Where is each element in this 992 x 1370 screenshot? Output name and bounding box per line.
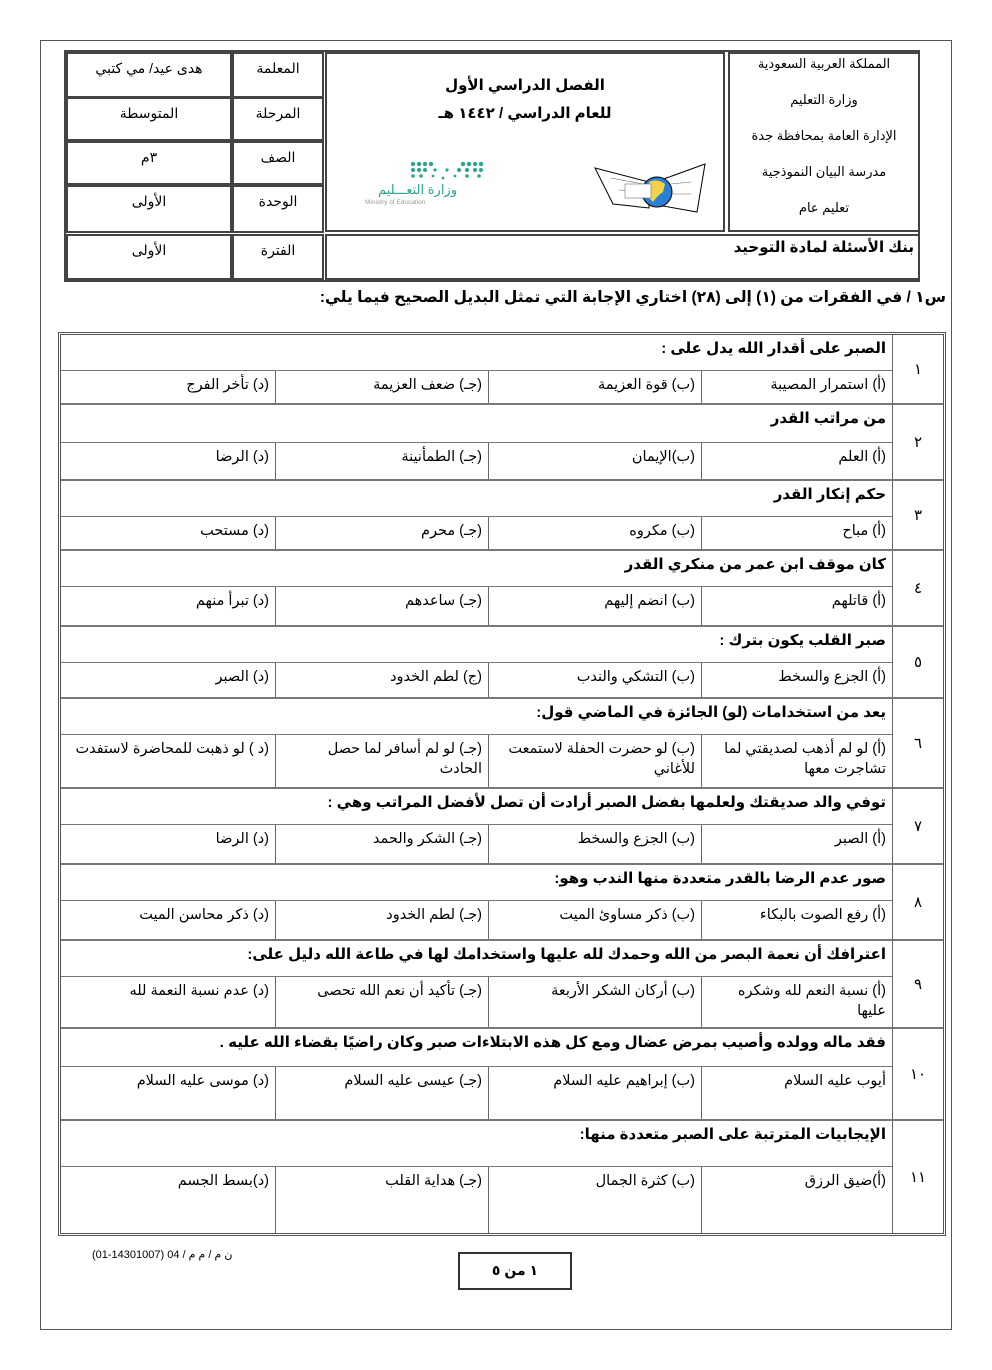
question-row: ٩ اعترافك أن نعمة البصر من الله وحمدك لل… — [61, 941, 943, 1029]
option-d[interactable]: (د) الرضا — [61, 825, 275, 863]
question-number: ٦ — [892, 699, 943, 787]
directorate-name: الإدارة العامة بمحافظة جدة — [730, 126, 918, 162]
stage-value: المتوسطة — [66, 97, 232, 141]
school-globe-logo-icon — [591, 160, 709, 216]
option-c[interactable]: (جـ) محرم — [275, 517, 488, 549]
option-d[interactable]: (د) الرضا — [61, 443, 275, 479]
question-number: ٣ — [892, 481, 943, 549]
option-a[interactable]: (أ) مباح — [701, 517, 892, 549]
option-d[interactable]: (د) مستحب — [61, 517, 275, 549]
question-text: الصبر على أقدار الله يدل على : — [61, 335, 892, 371]
option-c[interactable]: (جـ) ساعدهم — [275, 587, 488, 625]
option-d[interactable]: (د) تأخر الفرج — [61, 371, 275, 403]
option-b[interactable]: (ب) مكروه — [488, 517, 701, 549]
ministry-arabic: وزارة التعـــليم — [363, 182, 457, 198]
option-b[interactable]: (ب) التشكي والندب — [488, 663, 701, 697]
question-number: ٥ — [892, 627, 943, 697]
option-a[interactable]: (أ) لو لم أذهب لصديقتي لما تشاجرت معها — [701, 735, 892, 787]
option-d[interactable]: (د) تبرأ منهم — [61, 587, 275, 625]
grade-value: ٣م — [66, 141, 232, 185]
option-c[interactable]: (جـ) الطمأنينة — [275, 443, 488, 479]
option-d[interactable]: (د ) لو ذهبت للمحاضرة لاستفدت — [61, 735, 275, 787]
option-c[interactable]: (ج) لطم الخدود — [275, 663, 488, 697]
header-center: الفصل الدراسي الأول للعام الدراسي / ١٤٤٢… — [325, 52, 725, 232]
option-a[interactable]: (أ) الجزع والسخط — [701, 663, 892, 697]
question-number: ٢ — [892, 405, 943, 479]
question-row: ٥ صبر القلب يكون بترك : (أ) الجزع والسخط… — [61, 627, 943, 699]
question-row: ٢ من مراتب القدر (أ) العلم (ب)الإيمان (ج… — [61, 405, 943, 481]
option-b[interactable]: (ب) أركان الشكر الأربعة — [488, 977, 701, 1027]
teacher-value: هدى عيد/ مي كتبي — [66, 52, 232, 98]
question-number: ١١ — [892, 1121, 943, 1233]
question-text: صور عدم الرضا بالقدر متعددة منها الندب و… — [61, 865, 892, 901]
option-a[interactable]: (أ) استمرار المصيبة — [701, 371, 892, 403]
ministry-logo: وزارة التعـــليم Ministry of Education — [363, 160, 493, 216]
question-text: فقد ماله وولده وأصيب بمرض عضال ومع كل هذ… — [61, 1029, 892, 1067]
question-number: ١٠ — [892, 1029, 943, 1119]
option-a[interactable]: أيوب عليه السلام — [701, 1067, 892, 1119]
stage-label: المرحلة — [232, 97, 324, 141]
page-number: ١ من ٥ — [458, 1252, 572, 1290]
country-name: المملكة العربية السعودية — [730, 54, 918, 90]
option-c[interactable]: (جـ) ضعف العزيمة — [275, 371, 488, 403]
question-row: ٨ صور عدم الرضا بالقدر متعددة منها الندب… — [61, 865, 943, 941]
question-row: ١ الصبر على أقدار الله يدل على : (أ) است… — [61, 335, 943, 405]
option-c[interactable]: (جـ) لو لم أسافر لما حصل الحادث — [275, 735, 488, 787]
option-b[interactable]: (ب) قوة العزيمة — [488, 371, 701, 403]
ministry-dots-icon — [363, 160, 493, 182]
ministry-english: Ministry of Education — [365, 199, 425, 206]
question-number: ٨ — [892, 865, 943, 939]
form-code: (01-14301007) 04 / ن م / م م — [92, 1248, 232, 1261]
question-number: ٧ — [892, 789, 943, 863]
option-a[interactable]: (أ)ضيق الرزق — [701, 1167, 892, 1233]
ministry-name: وزارة التعليم — [730, 90, 918, 126]
question-text: صبر القلب يكون بترك : — [61, 627, 892, 663]
questions-table: ١ الصبر على أقدار الله يدل على : (أ) است… — [58, 332, 946, 1236]
period-label: الفترة — [232, 234, 324, 280]
option-d[interactable]: (د) موسى عليه السلام — [61, 1067, 275, 1119]
option-c[interactable]: (جـ) تأكيد أن نعم الله تحصى — [275, 977, 488, 1027]
question-text: من مراتب القدر — [61, 405, 892, 443]
question-row: ١١ الإيجابيات المترتبة على الصبر متعددة … — [61, 1121, 943, 1233]
question-number: ٤ — [892, 551, 943, 625]
question-row: ٤ كان موقف ابن عمر من منكري القدر (أ) قا… — [61, 551, 943, 627]
option-c[interactable]: (جـ) الشكر والحمد — [275, 825, 488, 863]
option-a[interactable]: (أ) نسبة النعم لله وشكره عليها — [701, 977, 892, 1027]
question-text: توفي والد صديقتك ولعلمها بفضل الصبر أراد… — [61, 789, 892, 825]
option-b[interactable]: (ب) الجزع والسخط — [488, 825, 701, 863]
option-b[interactable]: (ب) كثرة الجمال — [488, 1167, 701, 1233]
semester-title: الفصل الدراسي الأول — [327, 76, 723, 94]
option-d[interactable]: (د)بسط الجسم — [61, 1167, 275, 1233]
question-row: ٣ حكم إنكار القدر (أ) مباح (ب) مكروه (جـ… — [61, 481, 943, 551]
option-a[interactable]: (أ) قاتلهم — [701, 587, 892, 625]
option-b[interactable]: (ب)الإيمان — [488, 443, 701, 479]
option-a[interactable]: (أ) الصبر — [701, 825, 892, 863]
question-text: اعترافك أن نعمة البصر من الله وحمدك لله … — [61, 941, 892, 977]
option-b[interactable]: (ب) لو حضرت الحفلة لاستمعت للأغاني — [488, 735, 701, 787]
question-text: يعد من استخدامات (لو) الجائزة في الماضي … — [61, 699, 892, 735]
option-a[interactable]: (أ) العلم — [701, 443, 892, 479]
question-row: ٧ توفي والد صديقتك ولعلمها بفضل الصبر أر… — [61, 789, 943, 865]
question-row: ١٠ فقد ماله وولده وأصيب بمرض عضال ومع كل… — [61, 1029, 943, 1121]
question-row: ٦ يعد من استخدامات (لو) الجائزة في الماض… — [61, 699, 943, 789]
education-type: تعليم عام — [730, 198, 918, 234]
question-instruction: س١ / في الفقرات من (١) إلى (٢٨) اختاري ا… — [320, 288, 946, 307]
unit-value: الأولى — [66, 185, 232, 233]
unit-label: الوحدة — [232, 185, 324, 233]
option-d[interactable]: (د) الصبر — [61, 663, 275, 697]
option-b[interactable]: (ب) ذكر مساوئ الميت — [488, 901, 701, 939]
grade-label: الصف — [232, 141, 324, 185]
teacher-label: المعلمة — [232, 52, 324, 98]
option-d[interactable]: (د) ذكر محاسن الميت — [61, 901, 275, 939]
option-b[interactable]: (ب) انضم إليهم — [488, 587, 701, 625]
question-text: الإيجابيات المترتبة على الصبر متعددة منه… — [61, 1121, 892, 1167]
school-name: مدرسة البيان النموذجية — [730, 162, 918, 198]
question-text: حكم إنكار القدر — [61, 481, 892, 517]
academic-year: للعام الدراسي / ١٤٤٢ هـ — [327, 104, 723, 122]
question-number: ٩ — [892, 941, 943, 1027]
question-number: ١ — [892, 335, 943, 403]
option-c[interactable]: (جـ) عيسى عليه السلام — [275, 1067, 488, 1119]
question-text: كان موقف ابن عمر من منكري القدر — [61, 551, 892, 587]
option-c[interactable]: (جـ) هداية القلب — [275, 1167, 488, 1233]
period-value: الأولى — [66, 234, 232, 280]
header-ministry-info: المملكة العربية السعودية وزارة التعليم ا… — [728, 52, 920, 232]
option-b[interactable]: (ب) إبراهيم عليه السلام — [488, 1067, 701, 1119]
option-a[interactable]: (أ) رفع الصوت بالبكاء — [701, 901, 892, 939]
question-bank-title: بنك الأسئلة لمادة التوحيد — [325, 234, 920, 280]
option-d[interactable]: (د) عدم نسبة النعمة لله — [61, 977, 275, 1027]
option-c[interactable]: (جـ) لطم الخدود — [275, 901, 488, 939]
